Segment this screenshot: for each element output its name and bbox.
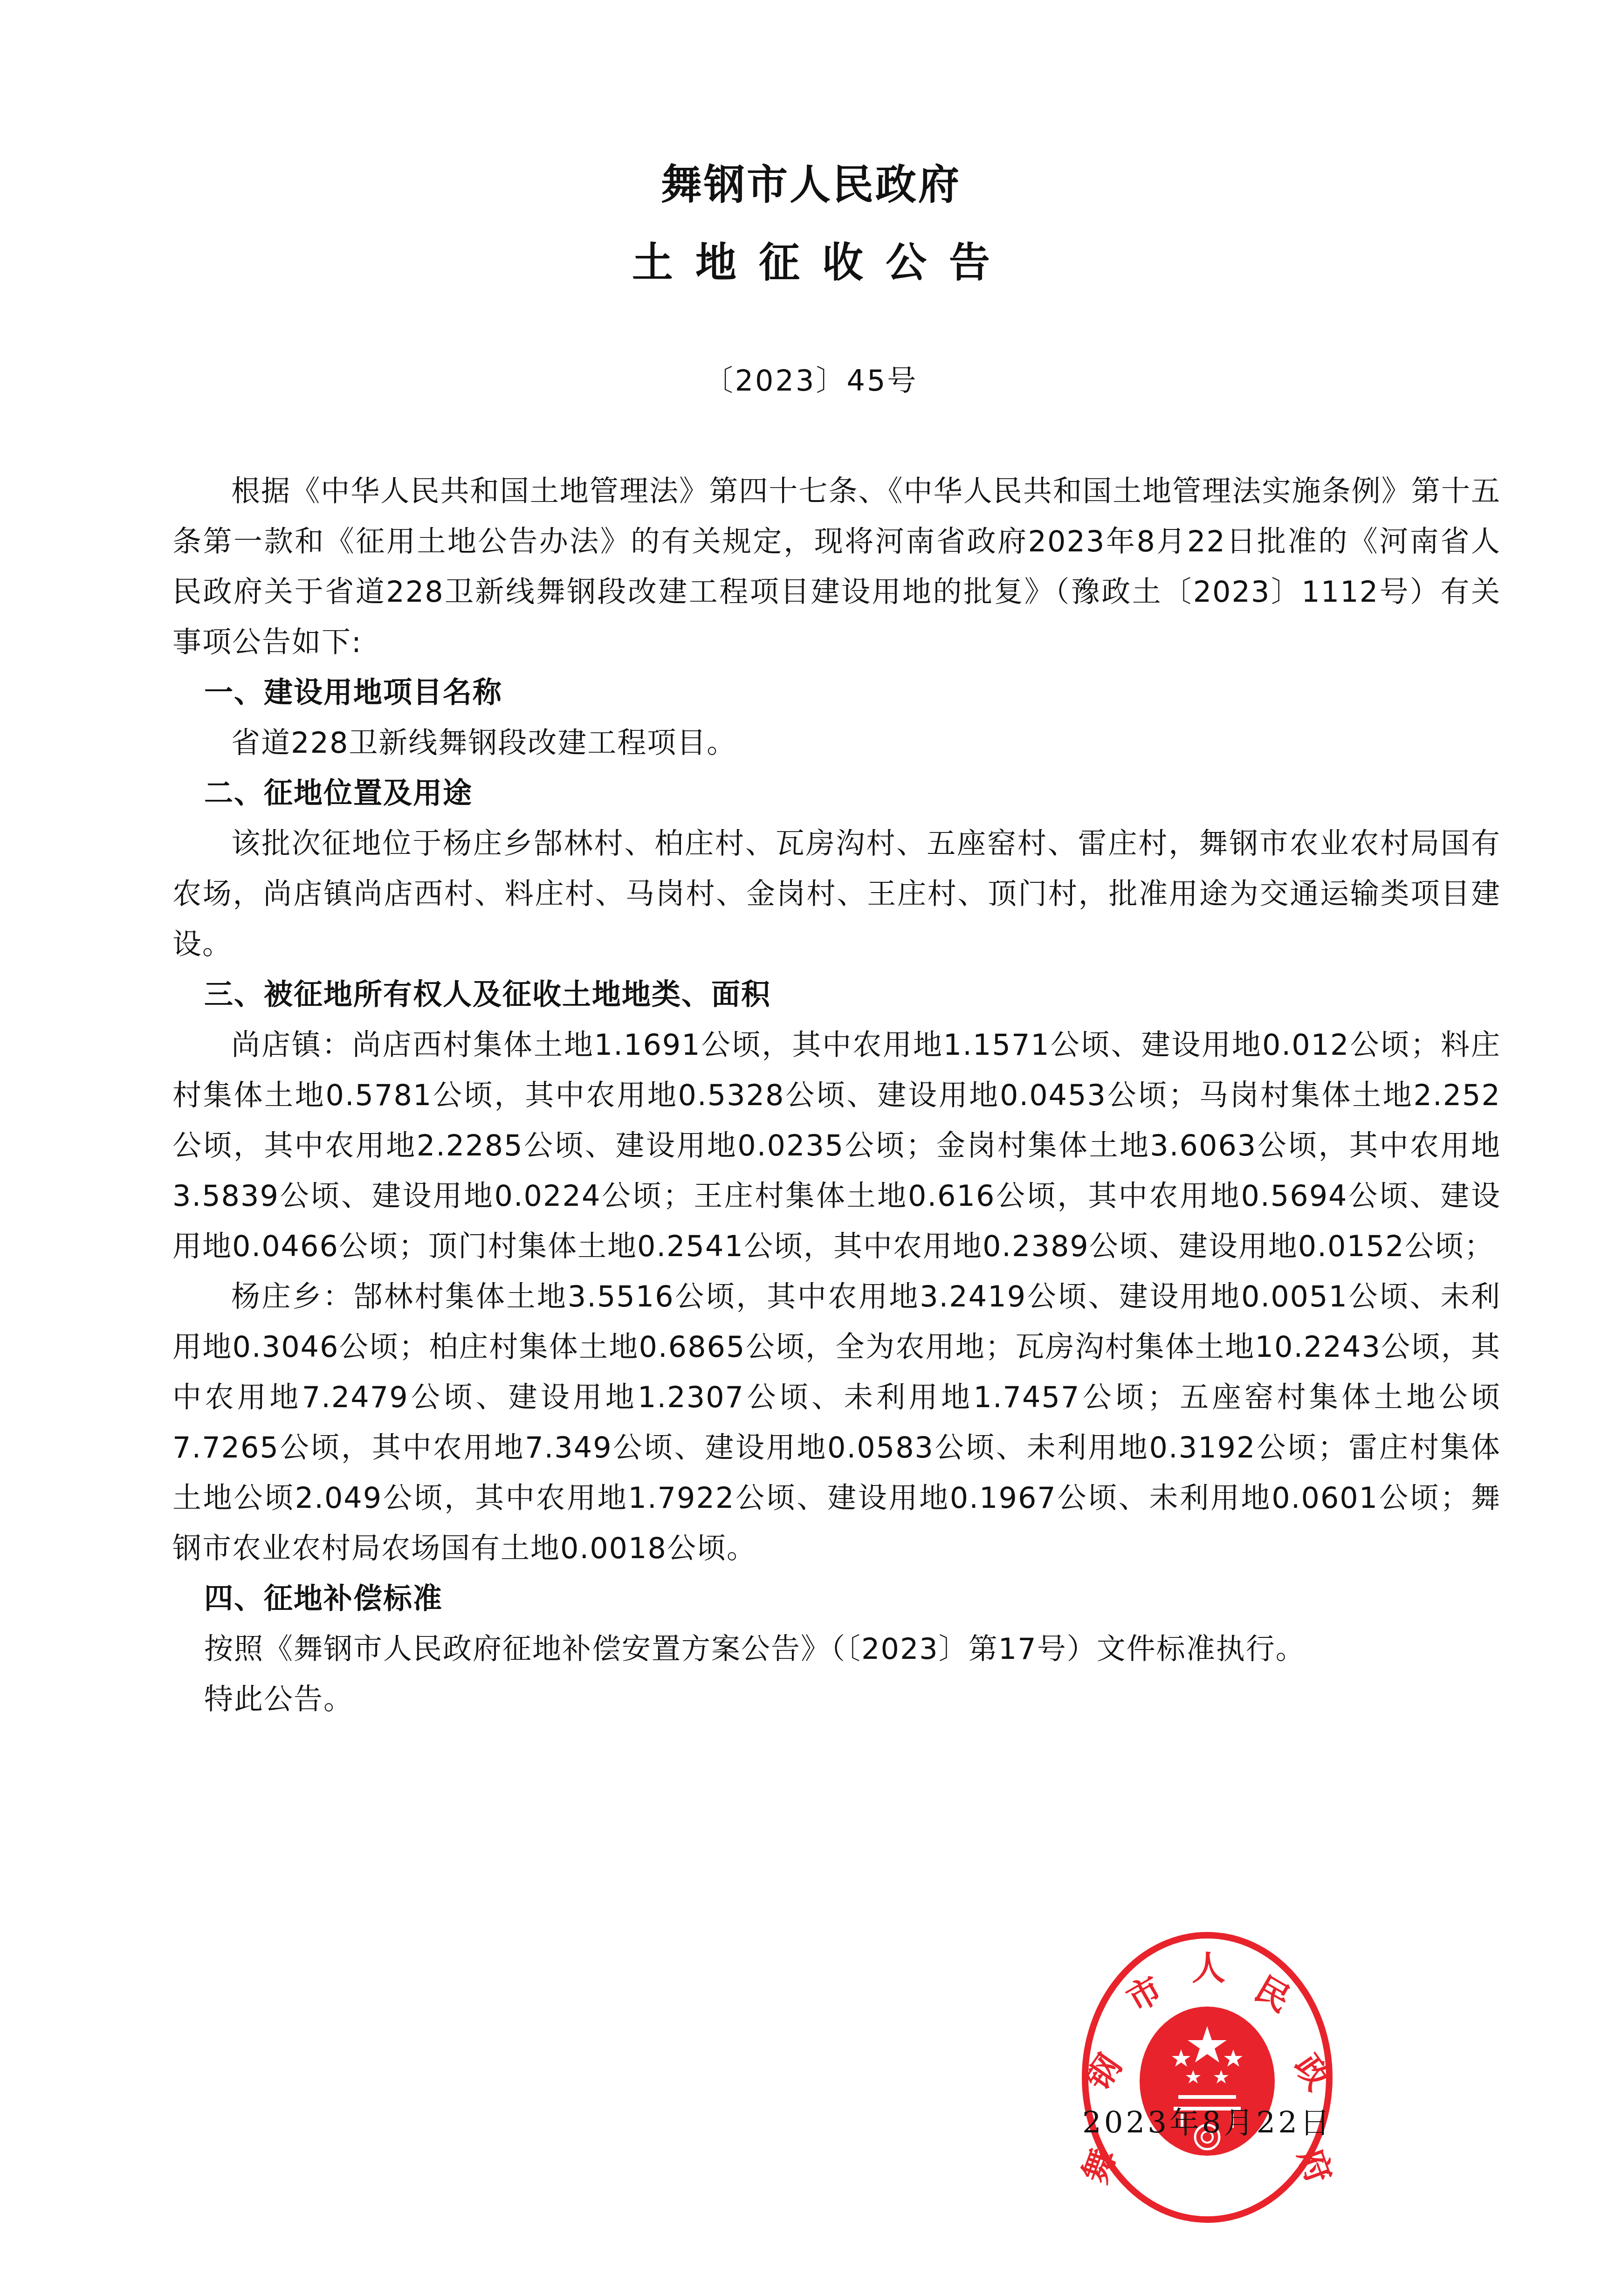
- preamble-paragraph: 根据《中华人民共和国土地管理法》第四十七条、《中华人民共和国土地管理法实施条例》…: [172, 466, 1501, 667]
- document-body: 根据《中华人民共和国土地管理法》第四十七条、《中华人民共和国土地管理法实施条例》…: [172, 466, 1501, 1725]
- section-3: 三、被征地所有权人及征收土地地类、面积 尚店镇：尚店西村集体土地1.1691公顷…: [172, 969, 1501, 1574]
- document-date: 2023年8月22日: [1082, 2104, 1333, 2142]
- section-4: 四、征地补偿标准 按照《舞钢市人民政府征地补偿安置方案公告》（〔2023〕第17…: [172, 1574, 1501, 1674]
- svg-text:府: 府: [1291, 2143, 1334, 2188]
- svg-text:人: 人: [1192, 1948, 1225, 1987]
- section-heading: 一、建设用地项目名称: [172, 667, 1501, 718]
- section-heading: 二、征地位置及用途: [172, 768, 1501, 818]
- svg-text:舞: 舞: [1080, 2143, 1123, 2188]
- document-page: 舞钢市人民政府 土地征收公告 〔2023〕45号 根据《中华人民共和国土地管理法…: [0, 0, 1622, 2296]
- section-paragraph-yangzhuang: 杨庄乡：郜林村集体土地3.5516公顷，其中农用地3.2419公顷、建设用地0.…: [172, 1272, 1501, 1574]
- document-number: 〔2023〕45号: [0, 364, 1622, 397]
- issuer-title: 舞钢市人民政府: [0, 161, 1622, 207]
- section-paragraph: 该批次征地位于杨庄乡郜林村、柏庄村、瓦房沟村、五座窑村、雷庄村，舞钢市农业农村局…: [172, 818, 1501, 969]
- closing-text: 特此公告。: [172, 1674, 1501, 1725]
- official-seal-icon: 舞 钢 市 人 民 政 府: [1080, 1927, 1334, 2226]
- section-paragraph: 省道228卫新线舞钢段改建工程项目。: [172, 718, 1501, 768]
- svg-text:市: 市: [1120, 1969, 1168, 2020]
- section-paragraph-shangdian: 尚店镇：尚店西村集体土地1.1691公顷，其中农用地1.1571公顷、建设用地0…: [172, 1020, 1501, 1272]
- section-heading: 四、征地补偿标准: [172, 1574, 1501, 1624]
- section-paragraph: 按照《舞钢市人民政府征地补偿安置方案公告》（〔2023〕第17号）文件标准执行。: [172, 1624, 1501, 1674]
- section-1: 一、建设用地项目名称 省道228卫新线舞钢段改建工程项目。: [172, 667, 1501, 768]
- section-2: 二、征地位置及用途 该批次征地位于杨庄乡郜林村、柏庄村、瓦房沟村、五座窑村、雷庄…: [172, 768, 1501, 969]
- document-type-title: 土地征收公告: [0, 239, 1622, 285]
- section-heading: 三、被征地所有权人及征收土地地类、面积: [172, 969, 1501, 1020]
